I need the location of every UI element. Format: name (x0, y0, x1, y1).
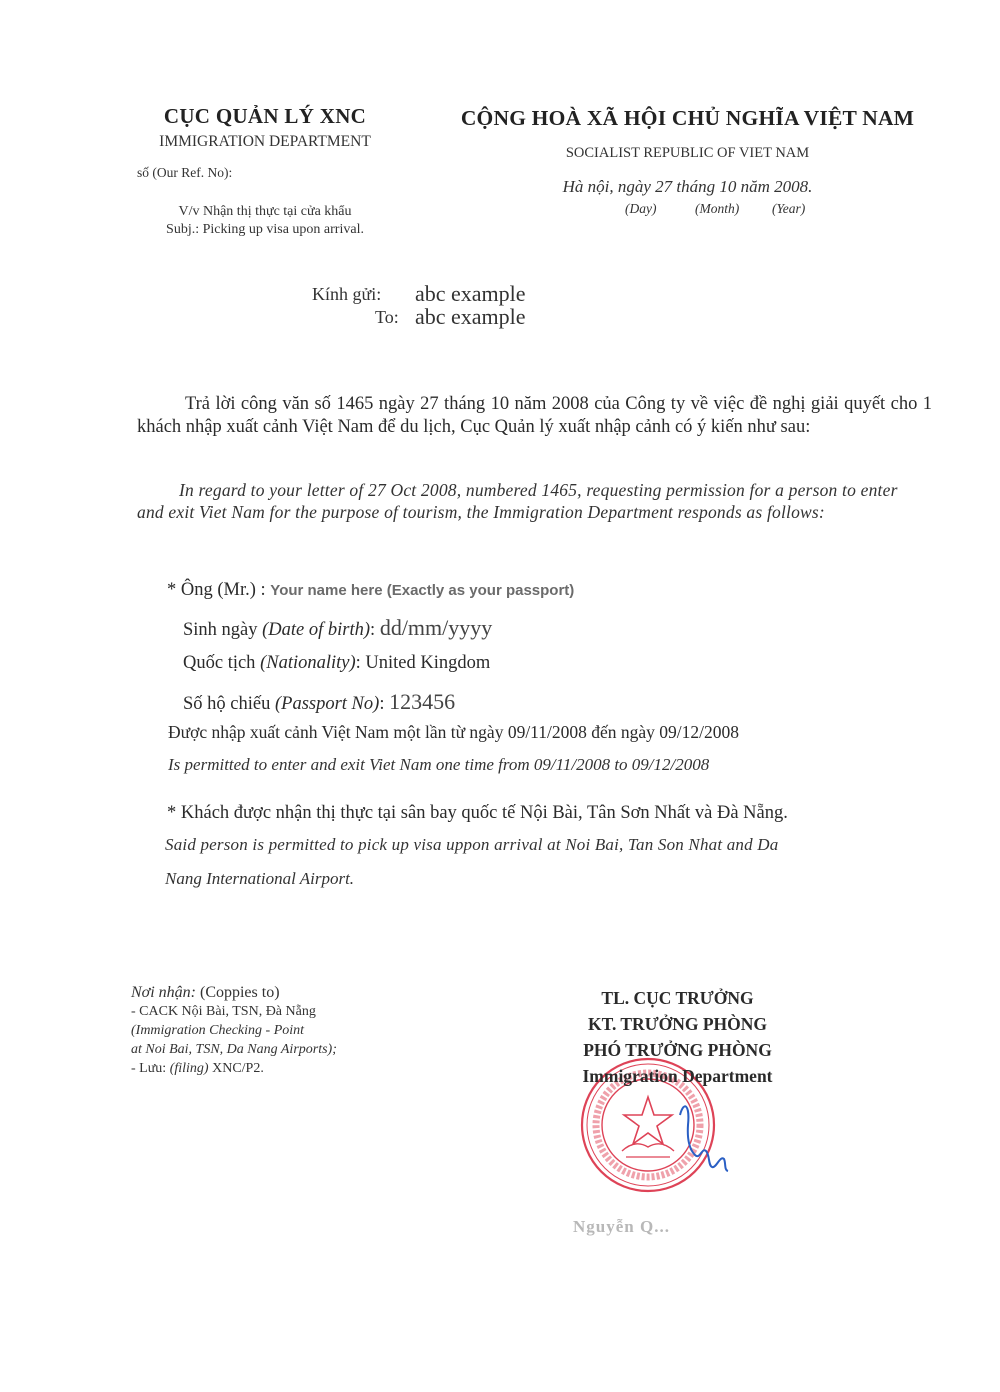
date-part-day: (Day) (625, 201, 695, 217)
nationality-label-en: (Nationality) (260, 653, 356, 673)
signer-name: Nguyễn Q... (573, 1217, 670, 1237)
permit-period-en: Is permitted to enter and exit Viet Nam … (168, 755, 709, 775)
copies-line-4-prefix: - Lưu: (131, 1061, 170, 1076)
signature-line-2: KT. TRƯỞNG PHÒNG (550, 1011, 805, 1037)
body-paragraph-vn: Trả lời công văn số 1465 ngày 27 tháng 1… (137, 393, 932, 439)
date-part-year: (Year) (772, 201, 805, 217)
passport-label-vn: Số hộ chiếu (183, 694, 275, 714)
copies-line-2: (Immigration Checking - Point (131, 1021, 337, 1040)
dob-value: dd/mm/yyyy (380, 615, 492, 640)
dob-label-en: (Date of birth) (262, 620, 370, 640)
passport-value: 123456 (389, 689, 455, 714)
copies-label-vn: Nơi nhận: (131, 984, 196, 1001)
visa-pickup-en-line1: Said person is permitted to pick up visa… (165, 835, 778, 855)
recipient-label-en: To: (375, 307, 399, 328)
agency-name-en: IMMIGRATION DEPARTMENT (120, 133, 410, 151)
dateline: Hà nội, ngày 27 tháng 10 năm 2008. (440, 177, 935, 197)
agency-name-vn: CỤC QUẢN LÝ XNC (120, 104, 410, 129)
recipient-value-en: abc example (415, 304, 526, 330)
name-label: * Ông (Mr.) : (167, 580, 266, 600)
nationality-value: United Kingdom (365, 653, 490, 673)
passport-label-en: (Passport No) (275, 694, 379, 714)
copies-line-3: at Noi Bai, TSN, Da Nang Airports); (131, 1040, 337, 1059)
recipient-label-vn: Kính gửi: (312, 284, 381, 305)
signature-line-4: Immigration Department (550, 1063, 805, 1089)
applicant-name-row: * Ông (Mr.) : Your name here (Exactly as… (167, 580, 574, 601)
subject-vn: V/v Nhận thị thực tại cửa khẩu (120, 204, 410, 220)
body-paragraph-en: In regard to your letter of 27 Oct 2008,… (137, 479, 919, 523)
signature-line-1: TL. CỤC TRƯỞNG (550, 985, 805, 1011)
visa-pickup-en-line2: Nang International Airport. (165, 869, 354, 889)
copies-to-block: Nơi nhận: (Coppies to) - CACK Nội Bài, T… (131, 983, 337, 1078)
nationality-label-vn: Quốc tịch (183, 653, 260, 673)
copies-line-4-italic: (filing) (170, 1061, 209, 1076)
copies-label-en: (Coppies to) (196, 984, 280, 1001)
name-value: Your name here (Exactly as your passport… (270, 582, 574, 599)
republic-title-vn: CỘNG HOÀ XÃ HỘI CHỦ NGHĨA VIỆT NAM (440, 106, 935, 131)
republic-title-en: SOCIALIST REPUBLIC OF VIET NAM (440, 145, 935, 162)
date-part-month: (Month) (695, 201, 772, 217)
copies-line-1: - CACK Nội Bài, TSN, Đà Nẵng (131, 1002, 337, 1021)
signature-line-3: PHÓ TRƯỞNG PHÒNG (550, 1037, 805, 1063)
subject-en: Subj.: Picking up visa upon arrival. (120, 222, 410, 238)
copies-line-4-suffix: XNC/P2. (209, 1061, 264, 1076)
reference-number-label: số (Our Ref. No): (137, 165, 232, 181)
visa-pickup-vn: * Khách được nhận thị thực tại sân bay q… (167, 803, 788, 824)
date-parts: (Day)(Month)(Year) (625, 201, 805, 217)
dob-label-vn: Sinh ngày (183, 620, 262, 640)
permit-period-vn: Được nhập xuất cảnh Việt Nam một lần từ … (168, 722, 739, 743)
signature-block: TL. CỤC TRƯỞNG KT. TRƯỞNG PHÒNG PHÓ TRƯỞ… (550, 985, 805, 1089)
nationality-row: Quốc tịch (Nationality): United Kingdom (183, 653, 490, 674)
passport-row: Số hộ chiếu (Passport No): 123456 (183, 689, 455, 715)
date-of-birth-row: Sinh ngày (Date of birth): dd/mm/yyyy (183, 615, 492, 641)
